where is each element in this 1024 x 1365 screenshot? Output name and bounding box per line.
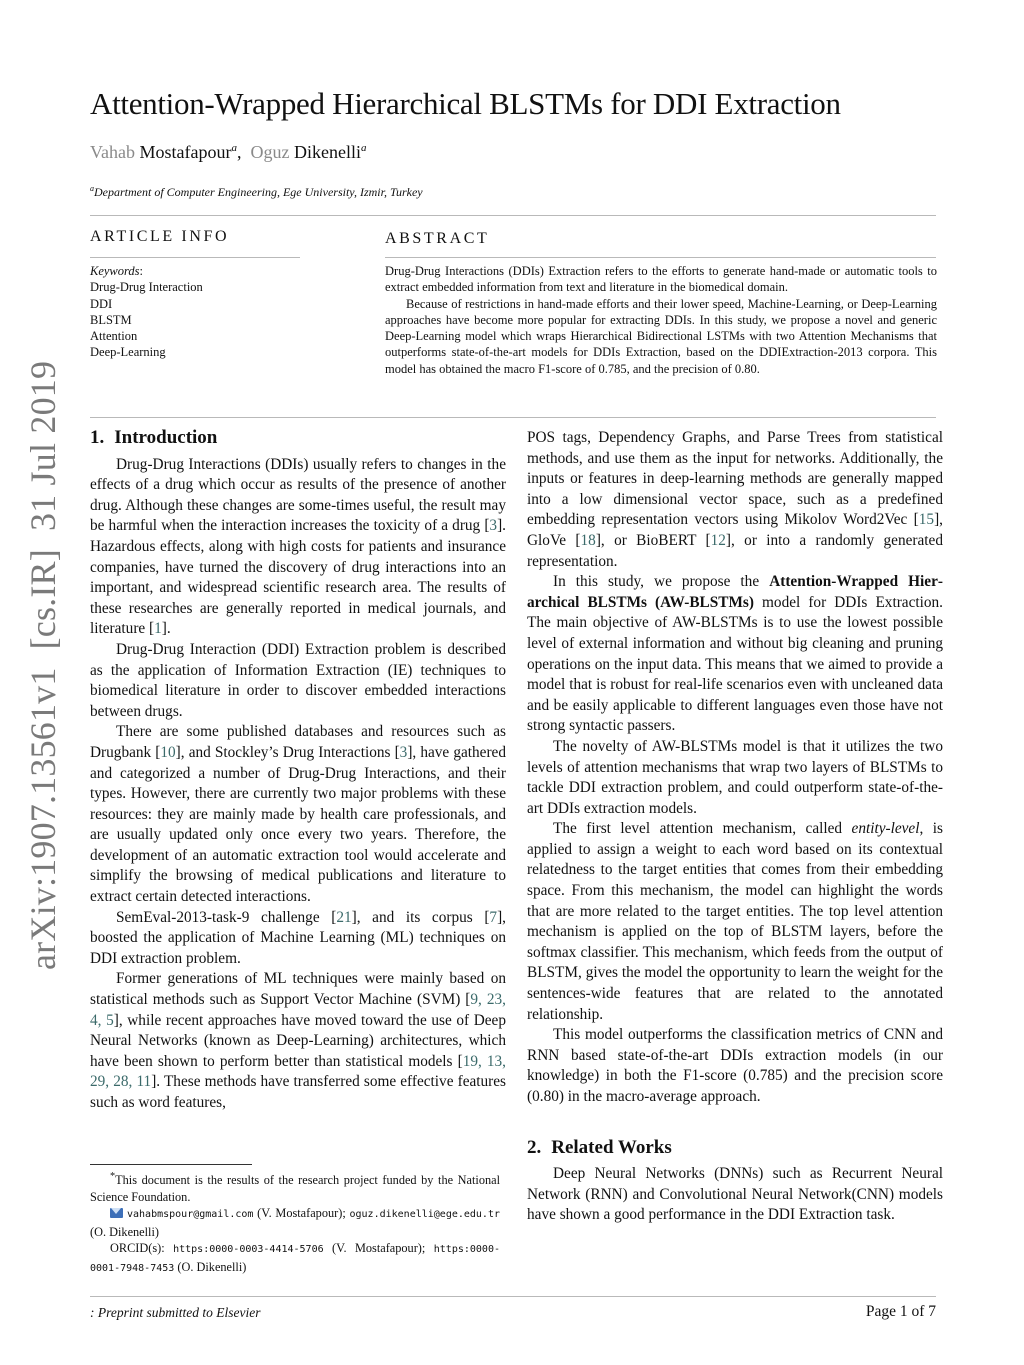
citation-link[interactable]: 10 <box>160 744 175 761</box>
body-paragraph: This model outperforms the classificatio… <box>527 1025 943 1107</box>
body-paragraph: Drug-Drug Interaction (DDI) Extraction p… <box>90 640 506 722</box>
citation-link[interactable]: 21 <box>336 909 351 926</box>
section-heading-related-works: 2.Related Works <box>527 1138 943 1159</box>
arxiv-category: [cs.IR] <box>23 549 63 649</box>
citation-link[interactable]: 3 <box>489 517 497 534</box>
keyword: Drug-Drug Interaction <box>90 279 203 295</box>
body-paragraph: The novelty of AW-BLSTMs model is that i… <box>527 737 943 819</box>
emphasis-term: entity-level <box>852 820 920 837</box>
affiliation: aDepartment of Computer Engineering, Ege… <box>90 184 423 200</box>
body-paragraph: The first level attention mechanism, cal… <box>527 819 943 1025</box>
divider <box>90 215 936 216</box>
affiliation-mark[interactable]: a <box>231 142 237 154</box>
arxiv-date: 31 Jul 2019 <box>23 361 63 531</box>
citation-link[interactable]: 15 <box>919 511 934 528</box>
abstract-body: Drug-Drug Interactions (DDIs) Extraction… <box>385 263 937 377</box>
page-number: Page 1 of 7 <box>866 1303 936 1321</box>
author-family-name: Dikenelli <box>294 142 361 162</box>
body-paragraph: SemEval-2013-task-9 challenge [21], and … <box>90 908 506 970</box>
body-paragraph: Former generations of ML techniques were… <box>90 969 506 1113</box>
body-paragraph: In this study, we propose the Attention-… <box>527 572 943 737</box>
footnotes: *This document is the results of the res… <box>90 1169 500 1278</box>
author-list: Vahab Mostafapoura, Oguz Dikenellia <box>90 142 366 163</box>
body-paragraph: Drug-Drug Interactions (DDIs) usually re… <box>90 455 506 640</box>
keywords-label: Keywords <box>90 264 140 278</box>
body-paragraph: There are some published databases and r… <box>90 722 506 907</box>
divider <box>385 257 936 258</box>
affiliation-text: Department of Computer Engineering, Ege … <box>94 185 423 199</box>
arxiv-stamp: arXiv:1907.13561v1[cs.IR]31 Jul 2019 <box>22 343 64 970</box>
paper-title: Attention-Wrapped Hierarchical BLSTMs fo… <box>90 86 841 122</box>
author-given-name: Oguz <box>250 142 289 162</box>
body-paragraph: POS tags, Dependency Graphs, and Parse T… <box>527 428 943 572</box>
email-footnote: vahabmspour@gmail.com (V. Mostafapour); … <box>90 1205 500 1240</box>
arxiv-id[interactable]: arXiv:1907.13561v1 <box>23 667 63 970</box>
citation-link[interactable]: 12 <box>711 532 726 549</box>
citation-link[interactable]: 18 <box>581 532 596 549</box>
abstract-paragraph: Drug-Drug Interactions (DDIs) Extraction… <box>385 263 937 296</box>
email-icon <box>110 1208 123 1218</box>
footnote-divider <box>90 1164 252 1165</box>
abstract-heading: ABSTRACT <box>385 230 489 248</box>
section-heading-introduction: 1.Introduction <box>90 428 506 449</box>
footer-journal-note: : Preprint submitted to Elsevier <box>90 1305 260 1321</box>
divider <box>90 417 936 418</box>
funding-footnote: *This document is the results of the res… <box>90 1169 500 1205</box>
article-info-heading: ARTICLE INFO <box>90 228 229 246</box>
keyword: DDI <box>90 296 203 312</box>
orcid-footnote: ORCID(s): https:0000-0003-4414-5706 (V. … <box>90 1240 500 1277</box>
keyword: Attention <box>90 328 203 344</box>
keywords-list: Keywords: Drug-Drug Interaction DDI BLST… <box>90 263 203 361</box>
author-given-name: Vahab <box>90 142 135 162</box>
footer-divider <box>90 1296 936 1297</box>
author-family-name: Mostafapour <box>139 142 231 162</box>
keyword: Deep-Learning <box>90 344 203 360</box>
orcid-link[interactable]: https:0000-0003-4414-5706 <box>173 1244 324 1255</box>
affiliation-mark[interactable]: a <box>361 142 367 154</box>
abstract-paragraph: Because of restrictions in hand-made eff… <box>385 296 937 377</box>
left-column: 1.Introduction Drug-Drug Interactions (D… <box>90 428 506 1114</box>
citation-link[interactable]: 1 <box>154 620 162 637</box>
body-paragraph: Deep Neural Networks (DNNs) such as Recu… <box>527 1164 943 1226</box>
keyword: BLSTM <box>90 312 203 328</box>
email-link[interactable]: vahabmspour@gmail.com <box>127 1209 253 1220</box>
email-link[interactable]: oguz.dikenelli@ege.edu.tr <box>349 1209 500 1220</box>
right-column: POS tags, Dependency Graphs, and Parse T… <box>527 428 943 1226</box>
divider <box>90 257 300 258</box>
citation-link[interactable]: 7 <box>489 909 497 926</box>
